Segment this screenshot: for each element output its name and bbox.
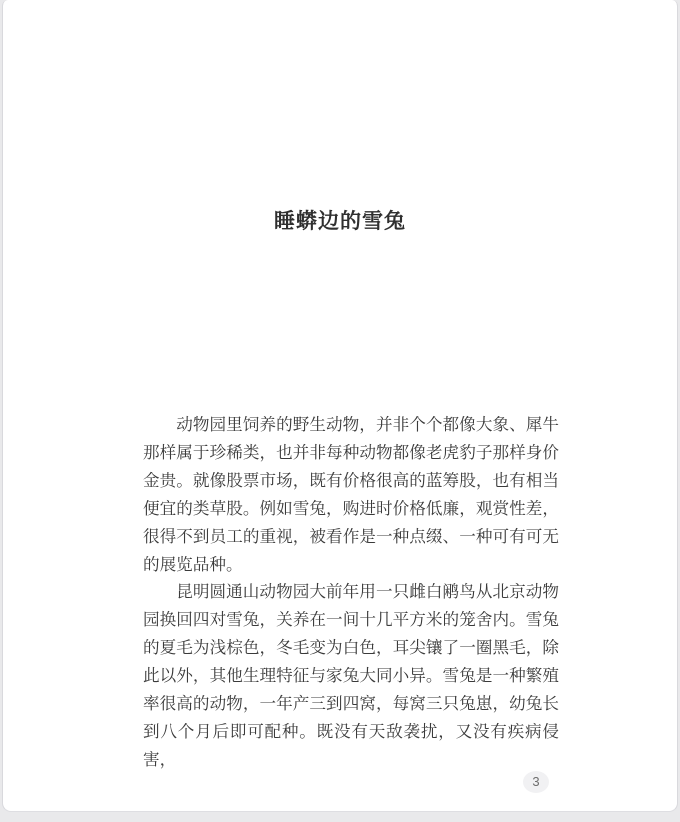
page-bottom-margin: [0, 812, 680, 822]
chapter-title: 睡蟒边的雪兔: [3, 0, 677, 237]
page-number-badge: 3: [523, 771, 549, 793]
book-page: 睡蟒边的雪兔 动物园里饲养的野生动物，并非个个都像大象、犀牛那样属于珍稀类，也并…: [2, 0, 678, 812]
paragraph-2: 昆明圆通山动物园大前年用一只雌白鹇鸟从北京动物园换回四对雪兔，关养在一间十几平方…: [143, 578, 559, 773]
paragraph-1: 动物园里饲养的野生动物，并非个个都像大象、犀牛那样属于珍稀类，也并非每种动物都像…: [143, 411, 559, 578]
body-text: 动物园里饲养的野生动物，并非个个都像大象、犀牛那样属于珍稀类，也并非每种动物都像…: [143, 411, 559, 774]
